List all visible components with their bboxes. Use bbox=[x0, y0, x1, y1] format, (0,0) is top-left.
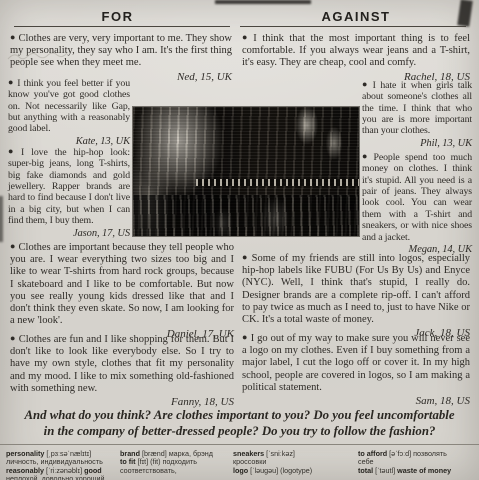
quote-jack: ●Some of my friends are still into logos… bbox=[242, 252, 470, 340]
vocab-entry: logo [ˈləugəu] (logotype) bbox=[233, 467, 353, 475]
vocab-translation: неплохой, довольно хороший bbox=[6, 475, 116, 480]
quote-text: Some of my friends are still into logos,… bbox=[242, 253, 470, 325]
scan-artifact-left-edge bbox=[0, 196, 3, 242]
bullet-icon: ● bbox=[242, 32, 250, 42]
bullet-icon: ● bbox=[8, 146, 18, 156]
bullet-icon: ● bbox=[242, 252, 249, 262]
quote-kate: ●I think you feel better if you know you… bbox=[8, 77, 130, 148]
bullet-icon: ● bbox=[10, 333, 16, 343]
clothes-rack-bar bbox=[196, 179, 359, 186]
against-column-header: AGAINST bbox=[240, 9, 472, 24]
quote-attribution: Phil, 13, UK bbox=[362, 138, 472, 150]
footer-divider bbox=[0, 444, 479, 445]
hanging-clothes-texture bbox=[133, 195, 359, 236]
quote-text: I hate it when girls talk about someone'… bbox=[362, 80, 472, 136]
bullet-icon: ● bbox=[362, 151, 371, 161]
quote-sam: ●I go out of my way to make sure you wil… bbox=[242, 332, 470, 408]
quote-ned: ●Clothes are very, very important to me.… bbox=[10, 32, 232, 83]
vocab-col-sneakers: sneakers [ˈsniːkəz] кроссовки logo [ˈləu… bbox=[233, 450, 353, 475]
bullet-icon: ● bbox=[10, 32, 15, 42]
quote-text: People spend too much money on clothes. … bbox=[362, 152, 472, 243]
quote-text: I go out of my way to make sure you will… bbox=[242, 333, 470, 393]
quote-text: I think you feel better if you know you'… bbox=[8, 78, 130, 134]
vocab-col-brand: brand [brænd] марка, брэнд to fit [fɪt] … bbox=[120, 450, 230, 475]
bullet-icon: ● bbox=[8, 77, 14, 87]
vocab-col-personality: personality [ˌpɜːsəˈnælɪtɪ] личность, ин… bbox=[6, 450, 116, 480]
quote-text: Clothes are fun and I like shopping for … bbox=[10, 334, 234, 394]
scan-artifact-top bbox=[215, 0, 311, 4]
clothing-shop-photo bbox=[133, 107, 359, 236]
quote-fanny: ●Clothes are fun and I like shopping for… bbox=[10, 333, 234, 409]
quote-text: I think that the most important thing is… bbox=[242, 33, 470, 68]
bullet-icon: ● bbox=[242, 332, 248, 342]
quote-megan: ●People spend too much money on clothes.… bbox=[362, 151, 472, 256]
textbook-page: FOR AGAINST ●Clothes are very, very impo… bbox=[0, 0, 479, 480]
bullet-icon: ● bbox=[10, 241, 16, 251]
quote-rachel: ●I think that the most important thing i… bbox=[242, 32, 470, 83]
quote-attribution: Sam, 18, US bbox=[242, 395, 470, 408]
for-header-rule bbox=[14, 26, 230, 27]
vocab-entry: to afford [əˈfɔːd] позволять bbox=[358, 450, 474, 458]
for-column-header: FOR bbox=[0, 9, 235, 24]
quote-text: Clothes are important because they tell … bbox=[10, 242, 234, 326]
quote-text: Clothes are very, very important to me. … bbox=[10, 33, 232, 68]
quote-attribution: Jason, 17, US bbox=[8, 228, 130, 240]
vocab-col-afford: to afford [əˈfɔːd] позволять себе total … bbox=[358, 450, 474, 475]
vocab-entry: total [ˈtəutl] waste of money bbox=[358, 467, 474, 475]
quote-text: I love the hip-hop look: super-big jeans… bbox=[8, 147, 130, 226]
against-header-rule bbox=[240, 26, 466, 27]
quote-phil: ●I hate it when girls talk about someone… bbox=[362, 79, 472, 150]
bullet-icon: ● bbox=[362, 79, 370, 89]
quote-attribution: Fanny, 18, US bbox=[10, 396, 234, 409]
discussion-questions: And what do you think? Are clothes impor… bbox=[20, 408, 459, 440]
quote-daniel: ●Clothes are important because they tell… bbox=[10, 241, 234, 341]
vocab-translation: соответствовать, bbox=[120, 467, 230, 475]
quote-jason: ●I love the hip-hop look: super-big jean… bbox=[8, 146, 130, 240]
